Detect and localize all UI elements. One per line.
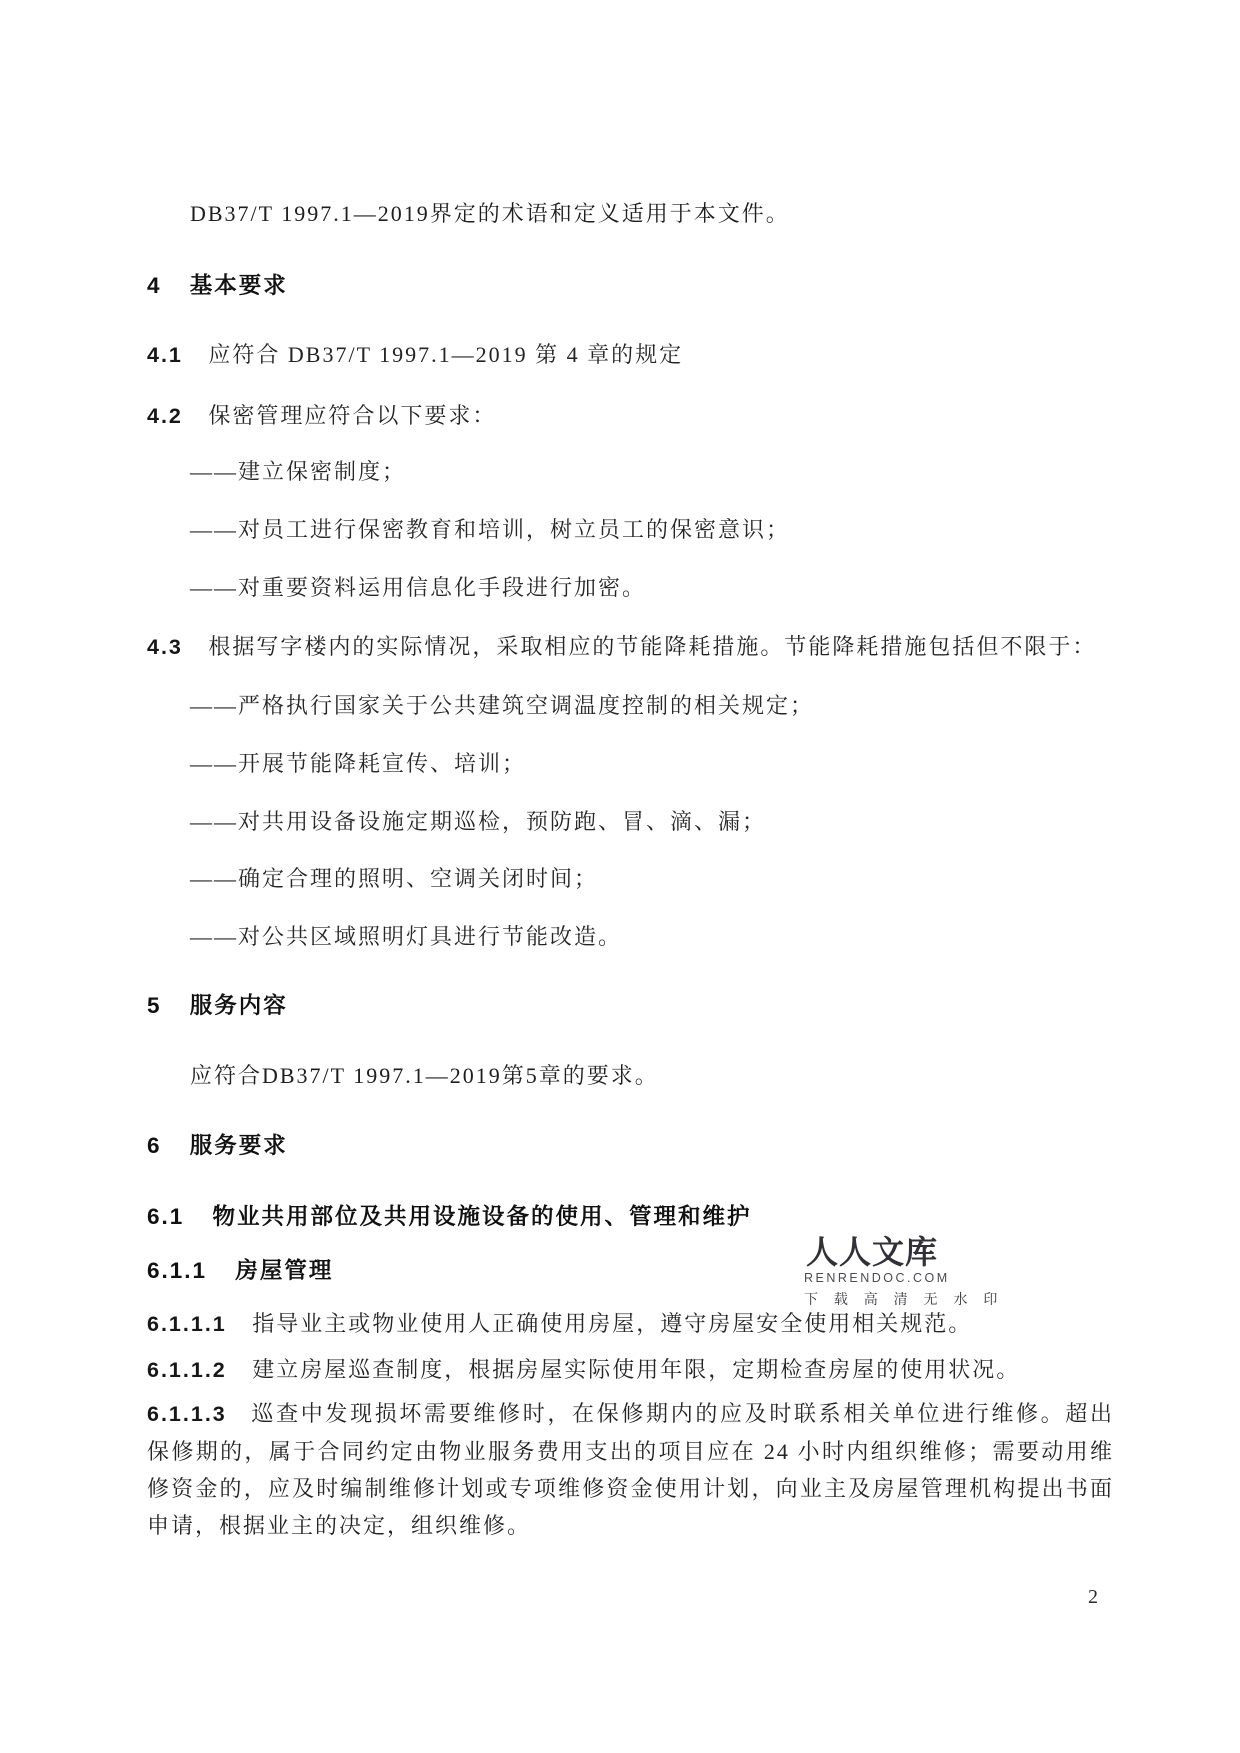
chapter-4-heading: 4 基本要求 — [147, 272, 288, 300]
paragraph-text: 应符合DB37/T 1997.1—2019第5章的要求。 — [190, 1063, 659, 1088]
clause-text: 应符合 DB37/T 1997.1—2019 第 4 章的规定 — [208, 342, 683, 367]
chapter-5-heading: 5 服务内容 — [147, 992, 288, 1020]
clause-6-1-1-2: 6.1.1.2 建立房屋巡查制度，根据房屋实际使用年限，定期检查房屋的使用状况。 — [147, 1356, 1020, 1384]
dash-list-item: ——确定合理的照明、空调关闭时间； — [190, 865, 598, 893]
clause-text: 建立房屋巡查制度，根据房屋实际使用年限，定期检查房屋的使用状况。 — [252, 1357, 1020, 1382]
watermark-domain-text: RENRENDOC.COM — [804, 1271, 940, 1285]
clause-4-1: 4.1 应符合 DB37/T 1997.1—2019 第 4 章的规定 — [147, 341, 683, 369]
list-item-text: ——对重要资料运用信息化手段进行加密。 — [190, 575, 646, 600]
clause-number: 4.2 — [147, 403, 183, 430]
document-page: DB37/T 1997.1—2019界定的术语和定义适用于本文件。 4 基本要求… — [0, 0, 1240, 1753]
chapter-number: 5 — [147, 992, 162, 1020]
watermark-tagline-text: 下 载 高 清 无 水 印 — [804, 1289, 940, 1309]
dash-list-item: ——开展节能降耗宣传、培训； — [190, 750, 526, 778]
page-number: 2 — [1088, 1586, 1098, 1609]
clause-number: 4.1 — [147, 342, 183, 369]
clause-text: 根据写字楼内的实际情况，采取相应的节能降耗措施。节能降耗措施包括但不限于： — [208, 634, 1096, 659]
clause-number: 6.1.1.1 — [147, 1311, 227, 1338]
section-6-1-heading: 6.1 物业共用部位及共用设施设备的使用、管理和维护 — [147, 1203, 752, 1231]
clause-number: 4.3 — [147, 634, 183, 661]
clause-4-3: 4.3 根据写字楼内的实际情况，采取相应的节能降耗措施。节能降耗措施包括但不限于… — [147, 633, 1096, 661]
chapter-number: 4 — [147, 272, 162, 300]
section-title: 房屋管理 — [235, 1258, 333, 1283]
clause-number: 6.1.1.3 — [147, 1396, 227, 1433]
dash-list-item: ——对共用设备设施定期巡检，预防跑、冒、滴、漏； — [190, 808, 766, 836]
watermark: 人人文库 RENRENDOC.COM 下 载 高 清 无 水 印 — [804, 1236, 940, 1309]
paragraph-text: DB37/T 1997.1—2019界定的术语和定义适用于本文件。 — [190, 201, 790, 226]
chapter-6-heading: 6 服务要求 — [147, 1132, 288, 1160]
dash-list-item: ——建立保密制度； — [190, 458, 406, 486]
clause-6-1-1-1: 6.1.1.1 指导业主或物业使用人正确使用房屋，遵守房屋安全使用相关规范。 — [147, 1310, 972, 1338]
clause-text: 保密管理应符合以下要求： — [208, 403, 496, 428]
section-title: 物业共用部位及共用设施设备的使用、管理和维护 — [213, 1204, 752, 1229]
dash-list-item: ——对员工进行保密教育和培训，树立员工的保密意识； — [190, 516, 790, 544]
clause-6-1-1-3: 6.1.1.3巡查中发现损坏需要维修时，在保修期内的应及时联系相关单位进行维修。… — [147, 1395, 1114, 1544]
chapter-title: 服务要求 — [190, 1133, 288, 1158]
section-number: 6.1 — [147, 1203, 184, 1231]
chapter-5-paragraph: 应符合DB37/T 1997.1—2019第5章的要求。 — [190, 1062, 659, 1090]
clause-number: 6.1.1.2 — [147, 1357, 227, 1384]
list-item-text: ——对员工进行保密教育和培训，树立员工的保密意识； — [190, 517, 790, 542]
clause-4-2: 4.2 保密管理应符合以下要求： — [147, 402, 496, 430]
clause-text: 巡查中发现损坏需要维修时，在保修期内的应及时联系相关单位进行维修。超出保修期的，… — [147, 1401, 1114, 1538]
terms-intro-paragraph: DB37/T 1997.1—2019界定的术语和定义适用于本文件。 — [190, 200, 790, 228]
list-item-text: ——对公共区域照明灯具进行节能改造。 — [190, 924, 622, 949]
section-6-1-1-heading: 6.1.1 房屋管理 — [147, 1257, 333, 1285]
dash-list-item: ——对重要资料运用信息化手段进行加密。 — [190, 574, 646, 602]
list-item-text: ——严格执行国家关于公共建筑空调温度控制的相关规定； — [190, 693, 814, 718]
dash-list-item: ——严格执行国家关于公共建筑空调温度控制的相关规定； — [190, 692, 814, 720]
watermark-logo-text: 人人文库 — [804, 1236, 940, 1268]
chapter-title: 服务内容 — [190, 993, 288, 1018]
list-item-text: ——确定合理的照明、空调关闭时间； — [190, 866, 598, 891]
list-item-text: ——对共用设备设施定期巡检，预防跑、冒、滴、漏； — [190, 809, 766, 834]
section-number: 6.1.1 — [147, 1257, 207, 1285]
dash-list-item: ——对公共区域照明灯具进行节能改造。 — [190, 923, 622, 951]
clause-text: 指导业主或物业使用人正确使用房屋，遵守房屋安全使用相关规范。 — [252, 1311, 972, 1336]
chapter-title: 基本要求 — [190, 273, 288, 298]
chapter-number: 6 — [147, 1132, 162, 1160]
list-item-text: ——建立保密制度； — [190, 459, 406, 484]
list-item-text: ——开展节能降耗宣传、培训； — [190, 751, 526, 776]
